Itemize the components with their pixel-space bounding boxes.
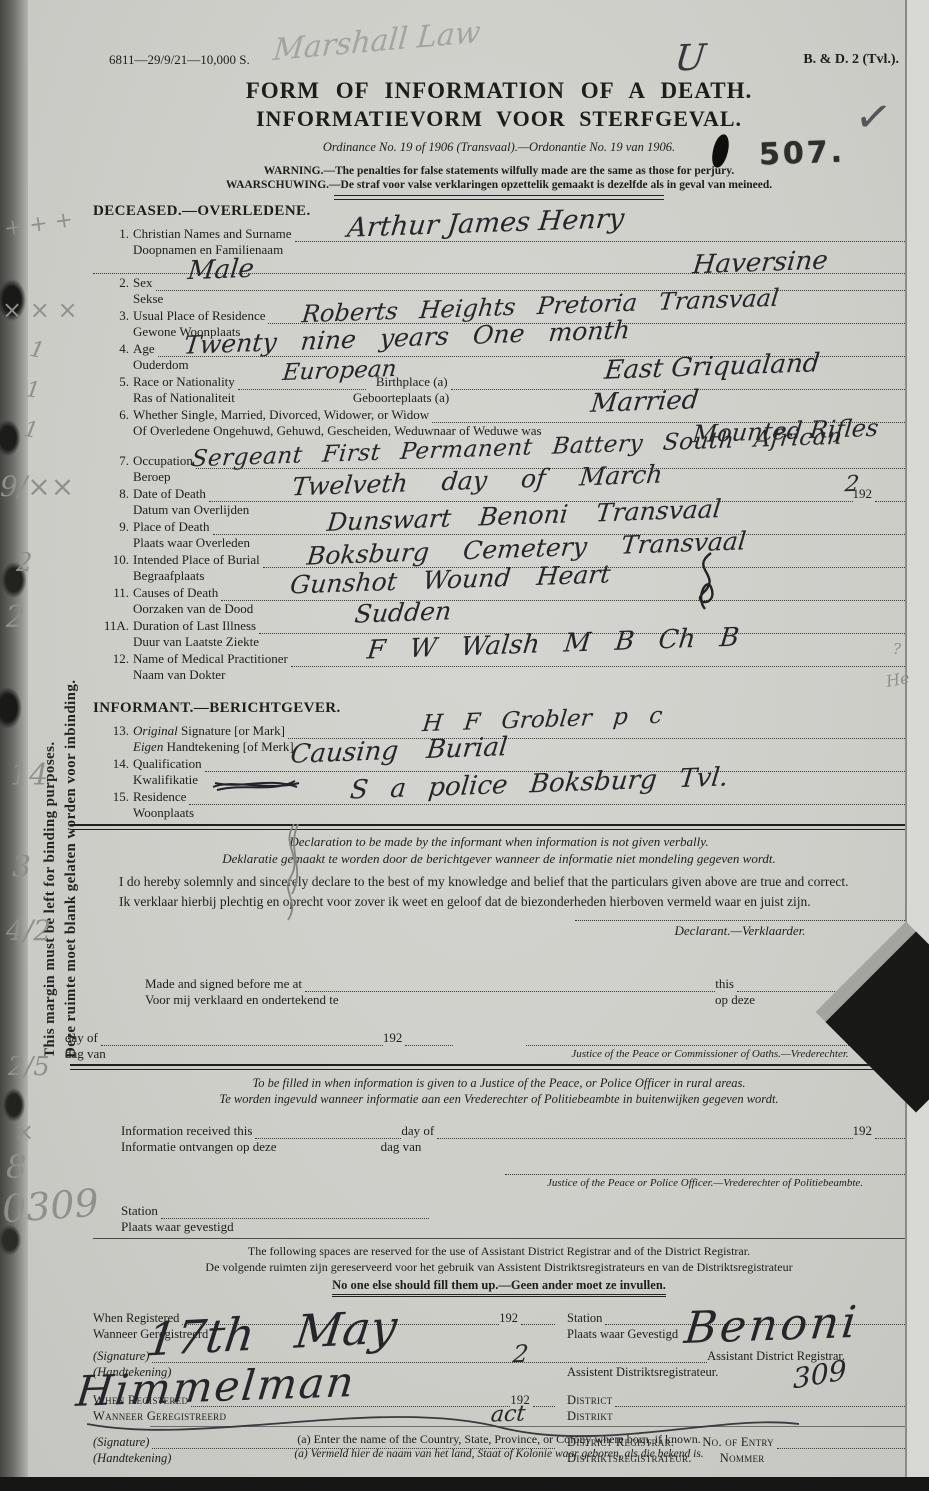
officer-label: Justice of the Peace or Police Officer.—…	[505, 1177, 905, 1189]
field-label2-en: Birthplace (a)	[376, 374, 448, 390]
form-code: B. & D. 2 (Tvl.).	[803, 52, 899, 68]
form-title-nl: INFORMATIEVORM VOOR STERFGEVAL.	[93, 106, 905, 132]
section-rule	[70, 1064, 905, 1070]
field-number: 13.	[93, 723, 133, 739]
station-label: Station	[567, 1311, 602, 1325]
district-label: District	[567, 1393, 612, 1407]
field-medical-practitioner: 12.Name of Medical Practitioner Naam van…	[93, 651, 905, 683]
dotted-line	[209, 500, 853, 502]
footnotes: (a) Enter the name of the Country, State…	[93, 1432, 905, 1460]
field-label-nl: Oorzaken van de Dood	[133, 601, 905, 617]
officer-signature-line	[505, 1173, 905, 1175]
dotted-line	[213, 533, 905, 535]
day-of-label: day of	[65, 1030, 98, 1046]
field-label-en: Date of Death	[133, 486, 206, 502]
station-label-nl: Plaats waar Gevestigd	[567, 1327, 678, 1341]
year-prefix: 192	[510, 1393, 530, 1407]
signature-label: (Signature)	[93, 1349, 149, 1363]
field-number: 11A.	[93, 618, 133, 634]
warning-nl: WAARSCHUWING.—De straf voor valse verkla…	[93, 179, 905, 191]
attestation-section: Made and signed before me at this Voor m…	[65, 976, 905, 1062]
field-label-nl-em: Eigen	[133, 739, 163, 754]
dotted-line	[93, 272, 905, 274]
page-edge-paper	[907, 0, 929, 1491]
field-label-en: Occupation	[133, 453, 193, 469]
field-label-en: Duration of Last Illness	[133, 618, 256, 634]
field-number: 15.	[93, 789, 133, 805]
handwritten-district: Benoni	[682, 1297, 862, 1354]
field-number: 2.	[93, 275, 133, 291]
deceased-section: DECEASED.—OVERLEDENE. 1.Christian Names …	[93, 203, 905, 684]
field-number: 8.	[93, 486, 133, 502]
form-title-en: FORM OF INFORMATION OF A DEATH.	[93, 78, 905, 104]
field-illness-duration: 11A.Duration of Last Illness Duur van La…	[93, 618, 905, 650]
field-age: 4.Age Ouderdom Twenty nine years One mon…	[93, 341, 905, 373]
dotted-line	[875, 500, 905, 502]
field-label-nl: Beroep	[133, 469, 905, 485]
field-christian-names: 1.Christian Names and Surname Doopnamen …	[93, 226, 905, 274]
field-label-nl: Gewone Woonplaats	[133, 324, 905, 340]
dotted-line	[189, 803, 905, 805]
dotted-line	[263, 566, 905, 568]
binding-edge	[0, 0, 28, 1491]
rural-section: To be filled in when information is give…	[93, 1076, 905, 1235]
dotted-line	[521, 1323, 555, 1325]
dotted-line	[533, 1405, 555, 1407]
this-label: this	[715, 976, 734, 992]
binding-note-en: This margin must be left for binding pur…	[40, 243, 61, 1058]
field-label-en: Race or Nationality	[133, 374, 235, 390]
information-received-label-nl: Informatie ontvangen op deze	[121, 1139, 277, 1155]
dotted-line	[152, 1361, 707, 1363]
station-label: Station	[121, 1203, 158, 1219]
field-label-nl: Sekse	[133, 291, 905, 307]
field-informant-signature: 13.Original Signature [or Mark] Eigen Ha…	[93, 723, 905, 755]
dotted-line	[158, 355, 905, 357]
declaration-note-nl: Deklaratie gemaakt te worden door de ber…	[93, 851, 905, 867]
district-label-nl: Distrikt	[567, 1409, 613, 1423]
dotted-line	[205, 770, 905, 772]
assistant-registrar-title: Assistant District Registrar.	[707, 1349, 845, 1363]
dotted-line	[196, 467, 905, 469]
footnote-en: (a) Enter the name of the Country, State…	[93, 1432, 905, 1447]
field-label-nl: Handtekening [of Merk]	[167, 739, 294, 754]
rural-note-en: To be filled in when information is give…	[93, 1076, 905, 1091]
field-label-em: Original	[133, 723, 178, 738]
information-received-label: Information received this	[121, 1123, 252, 1139]
field-label-en: Qualification	[133, 756, 202, 772]
field-label-en: Usual Place of Residence	[133, 308, 265, 324]
jp-officer-label: Justice of the Peace or Commissioner of …	[515, 1046, 905, 1062]
dotted-line	[615, 1405, 905, 1407]
dag-van-label: dag van	[381, 1139, 422, 1155]
form-print-number: 6811—29/9/21—10,000 S.	[109, 52, 250, 68]
field-cause-of-death: 11.Causes of Death Oorzaken van de Dood …	[93, 585, 905, 617]
field-number: 5.	[93, 374, 133, 390]
field-number: 9.	[93, 519, 133, 535]
declaration-para-nl: Ik verklaar hierbij plechtig en oprecht …	[93, 893, 905, 911]
field-label-en: Residence	[133, 789, 186, 805]
declaration-note-en: Declaration to be made by the informant …	[93, 834, 905, 850]
header-double-rule	[334, 195, 664, 200]
reserved-note-nl: De volgende ruimten zijn gereserveerd vo…	[93, 1260, 905, 1275]
field-label-nl: Datum van Overlijden	[133, 502, 905, 518]
field-number: 4.	[93, 341, 133, 357]
field-label-en: Whether Single, Married, Divorced, Widow…	[133, 407, 429, 423]
field-number: 12.	[93, 651, 133, 667]
field-label-nl: Ouderdom	[133, 357, 905, 373]
page-edge-line	[905, 0, 907, 1491]
made-before-label-nl: Voor mij verklaard en ondertekend te	[145, 992, 339, 1008]
declaration-para-en: I do hereby solemnly and sincerely decla…	[93, 873, 905, 891]
field-label-en: Signature [or Mark]	[181, 723, 285, 738]
year-prefix: 192	[853, 486, 873, 502]
field-label-en: Christian Names and Surname	[133, 226, 292, 242]
day-of-label: day of	[401, 1123, 434, 1139]
field-number: 7.	[93, 453, 133, 469]
declarant-signature-line	[575, 919, 905, 921]
form-header: Marshall Law U 6811—29/9/21—10,000 S. B.…	[93, 52, 905, 200]
field-label-nl: Naam van Dokter	[133, 667, 905, 683]
section-rule	[93, 1238, 905, 1239]
field-informant-qualification: 14.Qualification Kwalifikatie Causing Bu…	[93, 756, 905, 788]
field-label-en: Causes of Death	[133, 585, 218, 601]
informant-heading: INFORMANT.—BERICHTGEVER.	[93, 700, 905, 717]
when-registered-label: When Registered	[93, 1393, 188, 1407]
field-label-en: Place of Death	[133, 519, 210, 535]
field-sex: 2.Sex Sekse Male	[93, 275, 905, 307]
dotted-line	[432, 421, 905, 423]
dotted-line	[605, 1323, 905, 1325]
entry-number-stamp: 507.	[758, 135, 845, 173]
when-registered-label: When Registered	[93, 1311, 179, 1325]
dotted-line	[221, 599, 905, 601]
field-number: 10.	[93, 552, 133, 568]
declarant-label: Declarant.—Verklaarder.	[575, 923, 905, 939]
dotted-line	[191, 1405, 510, 1407]
year-prefix: 192	[853, 1123, 873, 1139]
field-place-of-death: 9.Place of Death Plaats waar Overleden D…	[93, 519, 905, 551]
signature-label-nl: (Handtekening)	[93, 1365, 171, 1379]
field-label-en: Intended Place of Burial	[133, 552, 260, 568]
field-marital-status: 6.Whether Single, Married, Divorced, Wid…	[93, 407, 905, 439]
field-burial-place: 10.Intended Place of Burial Begraafplaat…	[93, 552, 905, 584]
field-date-of-death: 8. Date of Death 192 Datum van Overlijde…	[93, 486, 905, 518]
opdeze-label: op deze	[715, 992, 755, 1008]
field-number: 14.	[93, 756, 133, 772]
field-number: 11.	[93, 585, 133, 601]
dotted-line	[156, 289, 906, 291]
dotted-line	[291, 665, 905, 667]
dotted-line	[182, 1323, 499, 1325]
field-residence: 3.Usual Place of Residence Gewone Woonpl…	[93, 308, 905, 340]
field-label-nl: Duur van Laatste Ziekte	[133, 634, 905, 650]
no-one-else-note: No one else should fill them up.—Geen an…	[332, 1278, 666, 1297]
field-label-en: Age	[133, 341, 155, 357]
field-label-nl: Doopnamen en Familienaam	[133, 242, 905, 258]
dotted-line	[288, 737, 905, 739]
field-occupation: 7.Occupation Beroep Sergeant First Perma…	[93, 453, 905, 485]
field-number: 3.	[93, 308, 133, 324]
when-registered-label-nl: Wanneer Geregistreerd	[93, 1409, 226, 1423]
when-registered-label-nl: Wanneer Geregistreerd	[93, 1327, 208, 1341]
death-certificate-scan: This margin must be left for binding pur…	[0, 0, 929, 1491]
field-race-birthplace: 5. Race or Nationality Birthplace (a) Ra…	[93, 374, 905, 406]
field-informant-residence: 15.Residence Woonplaats S a police Boksb…	[93, 789, 905, 821]
dotted-line	[259, 632, 905, 634]
station-label-nl: Plaats waar gevestigd	[121, 1219, 234, 1235]
field-label-nl: Ras of Nationaliteit	[133, 390, 235, 406]
field-label-nl: Plaats waar Overleden	[133, 535, 905, 551]
footnote-nl: (a) Vermeld hier de naam van het land, S…	[93, 1448, 905, 1460]
scan-bottom-strip	[0, 1477, 929, 1491]
year-prefix: 192	[383, 1030, 403, 1046]
year-prefix: 192	[499, 1311, 518, 1325]
reserved-note-en: The following spaces are reserved for th…	[93, 1244, 905, 1259]
field-number: 1.	[93, 226, 133, 242]
assistant-registrar-title-nl: Assistent Distriktsregistrateur.	[567, 1365, 718, 1379]
field-label-nl: Woonplaats	[133, 805, 905, 821]
field-label2-nl: Geboorteplaats (a)	[353, 390, 449, 406]
dotted-line	[295, 240, 906, 242]
section-rule	[70, 824, 905, 830]
field-label-nl: Of Overledene Ongehuwd, Gehuwd, Gescheid…	[133, 423, 905, 439]
ink-blot	[710, 133, 730, 169]
binding-margin-note: This margin must be left for binding pur…	[40, 243, 82, 1058]
field-label-nl: Begraafplaats	[133, 568, 905, 584]
dotted-line	[268, 322, 905, 324]
informant-section: INFORMANT.—BERICHTGEVER. 13.Original Sig…	[93, 700, 905, 822]
deceased-heading: DECEASED.—OVERLEDENE.	[93, 203, 905, 220]
dotted-line	[238, 388, 366, 390]
dotted-line	[451, 388, 905, 390]
rural-note-nl: Te worden ingevuld wanneer informatie aa…	[93, 1092, 905, 1107]
field-label-en: Name of Medical Practitioner	[133, 651, 288, 667]
declaration-section: Declaration to be made by the informant …	[93, 834, 905, 939]
field-number: 6.	[93, 407, 133, 423]
footnote-rule	[150, 1426, 905, 1427]
dag-van-label: dag van	[65, 1046, 106, 1062]
binding-note-nl: Deze ruimte moet blank gelaten worden vo…	[61, 243, 82, 1058]
made-before-label: Made and signed before me at	[145, 976, 302, 992]
field-label-en: Sex	[133, 275, 153, 291]
field-label-nl: Kwalifikatie	[133, 772, 905, 788]
